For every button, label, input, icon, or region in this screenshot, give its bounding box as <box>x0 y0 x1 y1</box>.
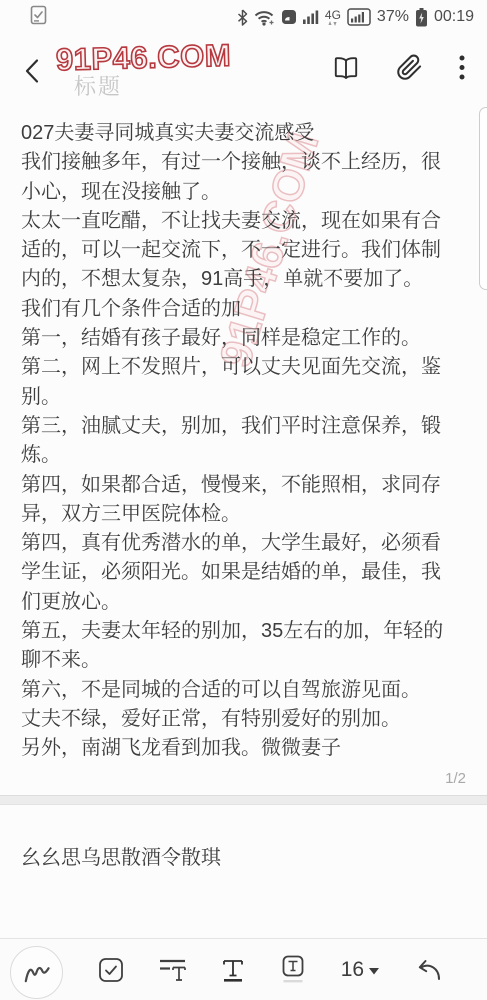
wifi-icon <box>254 9 275 26</box>
note-text-line: 聊不来。 <box>21 646 467 675</box>
note-text-line: 别。 <box>21 383 467 412</box>
network-type-label: 4G <box>325 9 341 21</box>
page-divider <box>0 795 487 805</box>
note-body-editor[interactable]: 027夫妻寻同城真实夫妻交流感受我们接触多年，有过一个接触，谈不上经历，很小心，… <box>21 119 467 764</box>
page-indicator: 1/2 <box>445 770 466 787</box>
note-text-line: 第五，夫妻太年轻的别加，35左右的加，年轻的 <box>21 617 467 646</box>
note-text-line: 027夫妻寻同城真实夫妻交流感受 <box>21 119 467 148</box>
clock-label: 00:19 <box>434 9 474 25</box>
signal-roaming-box-icon <box>347 8 371 26</box>
note-header: 标题 91P46.COM <box>0 34 487 106</box>
note-text-line: 们更放心。 <box>21 588 467 617</box>
paragraph-style-button[interactable] <box>159 958 186 982</box>
undo-button[interactable] <box>414 958 443 981</box>
text-color-button[interactable] <box>221 957 245 983</box>
note-text-line: 第六，不是同城的合适的可以自驾旅游见面。 <box>21 676 467 705</box>
status-bar: 4G 37% <box>0 0 487 34</box>
chevron-down-icon <box>369 968 379 975</box>
handwriting-pen-button[interactable] <box>10 946 63 999</box>
text-highlight-button[interactable] <box>280 955 306 985</box>
battery-charging-icon <box>415 8 428 27</box>
network-4g-icon: 4G <box>325 9 341 26</box>
notes-app-screen: 4G 37% <box>0 0 487 1000</box>
bluetooth-icon <box>237 9 248 26</box>
attachment-button[interactable] <box>396 54 423 86</box>
note-text-line: 内的，不想太复杂，91高手，单就不要加了。 <box>21 265 467 294</box>
sim-card-icon <box>281 9 297 25</box>
watermark-text: 91P46.COM <box>56 38 232 79</box>
note-text-line: 学生证，必须阳光。如果是结婚的单，最佳，我 <box>21 558 467 587</box>
signal-strength-icon <box>303 10 319 24</box>
note-text-line: 第二，网上不发照片，可以丈夫见面先交流，鉴 <box>21 353 467 382</box>
note-text-line: 炼。 <box>21 441 467 470</box>
edit-toolbar: 16 <box>0 938 487 1000</box>
note-text-line: 适的，可以一起交流下，不一定进行。我们体制 <box>21 236 467 265</box>
checkbox-list-button[interactable] <box>98 957 124 983</box>
note-text-line: 异，双方三甲医院体检。 <box>21 500 467 529</box>
note-text-line: 我们接触多年，有过一个接触，谈不上经历，很 <box>21 148 467 177</box>
scrollbar-thumb[interactable] <box>479 107 487 290</box>
note-title-field[interactable]: 标题 91P46.COM <box>74 54 274 98</box>
note-text-line: 太太一直吃醋，不让找夫妻交流，现在如果有合 <box>21 207 467 236</box>
note-text-line: 小心，现在没接触了。 <box>21 178 467 207</box>
note-text-line: 第四，真有优秀潜水的单，大学生最好，必须看 <box>21 529 467 558</box>
note-text-line: 丈夫不绿，爱好正常，有特别爱好的别加。 <box>21 705 467 734</box>
more-options-button[interactable] <box>459 55 465 85</box>
back-button[interactable] <box>24 58 40 84</box>
note-text-line: 我们有几个条件合适的加 <box>21 295 467 324</box>
font-size-dropdown[interactable]: 16 <box>341 958 379 982</box>
next-page-preview-text[interactable]: 幺幺思乌思散酒令散琪 <box>21 841 221 870</box>
clipboard-check-icon <box>30 5 47 30</box>
note-text-line: 第四，如果都合适，慢慢来，不能照相，求同存 <box>21 471 467 500</box>
battery-percent-label: 37% <box>377 9 409 25</box>
note-text-line: 第三，油腻丈夫，别加，我们平时注意保养，锻 <box>21 412 467 441</box>
note-text-line: 另外，南湖飞龙看到加我。微微妻子 <box>21 734 467 763</box>
note-text-line: 第一，结婚有孩子最好，同样是稳定工作的。 <box>21 324 467 353</box>
font-size-value: 16 <box>341 958 364 982</box>
reader-mode-button[interactable] <box>332 56 360 85</box>
